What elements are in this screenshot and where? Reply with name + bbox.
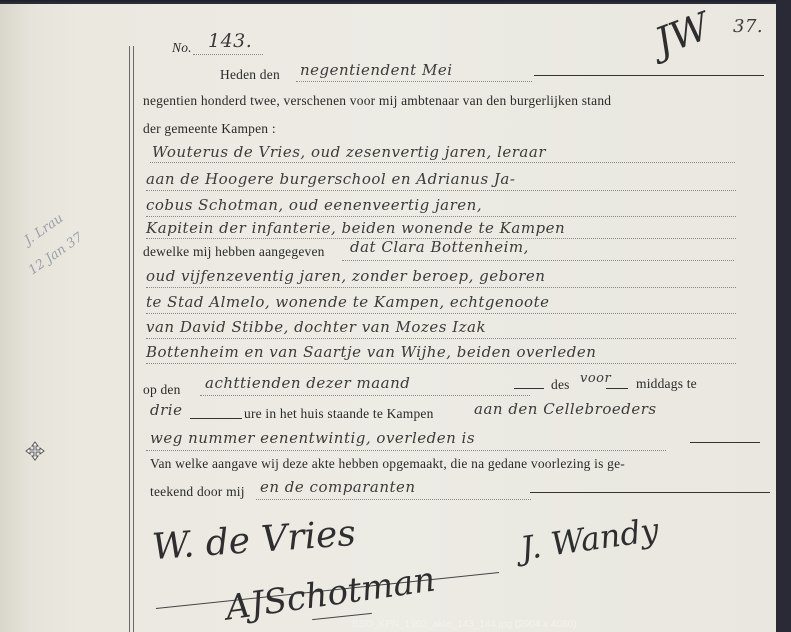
dots [342, 260, 734, 261]
printed-van-welke-aangave: Van welke aangave wij deze akte hebben o… [150, 456, 625, 472]
dots [296, 81, 532, 82]
fill-rule [530, 492, 770, 493]
handwritten-voor: voor [580, 371, 611, 386]
dots [146, 338, 736, 339]
handwritten-line-9: oud vijfenzeventig jaren, zonder beroep,… [146, 267, 545, 285]
handwritten-line-4: Wouterus de Vries, oud zesenvertig jaren… [152, 143, 546, 161]
handwritten-hour: drie [150, 401, 182, 419]
fill-rule [190, 418, 242, 419]
margin-rule-left [129, 46, 130, 632]
fill-rule [534, 75, 764, 76]
margin-rule-right [133, 46, 134, 632]
record-number: 143. [208, 30, 252, 52]
page-number-mark: 37. [733, 16, 763, 37]
fill-rule [690, 442, 760, 443]
printed-des: des [551, 377, 570, 393]
printed-ure-in-het-huis: ure in het huis staande te Kampen [244, 406, 434, 422]
printed-line-3: der gemeente Kampen : [143, 121, 276, 137]
handwritten-line-11: van David Stibbe, dochter van Mozes Izak [146, 318, 486, 336]
record-number-label: No. [172, 40, 192, 56]
printed-line-2: negentien honderd twee, verschenen voor … [143, 93, 611, 109]
dots [146, 216, 736, 217]
scan-right-edge [776, 0, 791, 632]
handwritten-line-7: Kapitein der infanterie, beiden wonende … [146, 219, 565, 237]
filename-overlay: BSO_KPN_1902_akte_143_144.jpg (2904 x 40… [352, 619, 577, 630]
handwritten-line-6: cobus Schotman, oud eenenveertig jaren, [146, 196, 482, 214]
dots [150, 162, 735, 163]
fill-rule [514, 388, 544, 389]
signature-ambtenaar: J. Wandy [518, 511, 661, 568]
printed-middags-te: middags te [636, 376, 697, 392]
handwritten-death-date: achttienden dezer maand [205, 374, 410, 392]
dots [146, 363, 736, 364]
move-icon[interactable] [25, 441, 45, 461]
handwritten-address-2: weg nummer eenentwintig, overleden is [150, 429, 475, 447]
printed-heden-den: Heden den [220, 67, 280, 83]
corner-initials: JW [649, 4, 715, 64]
handwritten-address-1: aan den Cellebroeders [474, 400, 657, 418]
printed-op-den: op den [143, 382, 181, 398]
record-number-dots [193, 54, 263, 55]
handwritten-date: negentiendent Mei [300, 61, 453, 79]
printed-teekend-door-mij: teekend door mij [150, 484, 245, 500]
handwritten-line-12: Bottenheim en van Saartje van Wijhe, bei… [146, 343, 596, 361]
dots [256, 499, 531, 500]
certificate-page: J. Lrau 12 Jan 37 No. 143. JW 37. Heden … [0, 4, 776, 632]
handwritten-comparanten: en de comparanten [260, 478, 416, 496]
handwritten-line-10: te Stad Almelo, wonende te Kampen, echtg… [146, 293, 550, 311]
printed-dewelke: dewelke mij hebben aangegeven [143, 244, 325, 260]
fill-rule [606, 388, 628, 389]
signature-de-vries: W. de Vries [151, 513, 357, 568]
dots [146, 450, 666, 451]
dots [146, 313, 736, 314]
dots [200, 395, 530, 396]
dots [146, 190, 736, 191]
dots [146, 287, 736, 288]
handwritten-deceased: dat Clara Bottenheim, [350, 238, 529, 256]
handwritten-line-5: aan de Hoogere burgerschool en Adrianus … [146, 170, 515, 188]
